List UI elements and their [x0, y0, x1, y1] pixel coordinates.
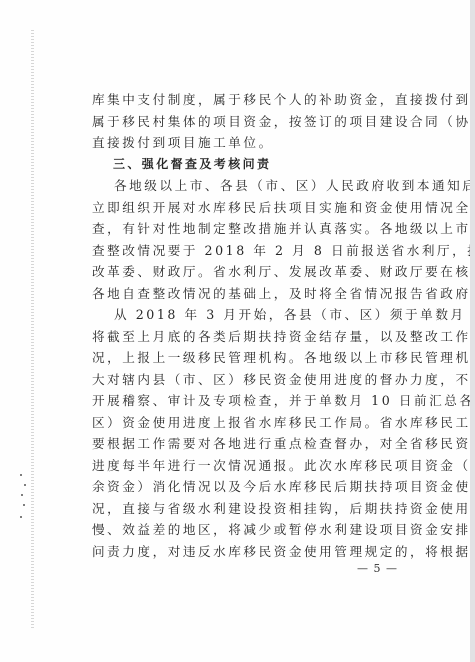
paragraph-first-line: 各地级以上市、各县（市、区）人民政府收到本通知后要	[92, 175, 398, 197]
document-body: 库集中支付制度，属于移民个人的补助资金，直接拨付到个人； 属于移民村集体的项目资…	[92, 89, 398, 562]
section-heading: 三、强化督查及考核问责	[92, 154, 398, 176]
body-line: 开展稽察、审计及专项检查，并于单数月 10 日前汇总各县（市、	[92, 390, 398, 412]
body-line: 余资金）消化情况以及今后水库移民后期扶持项目资金使用情	[92, 476, 398, 498]
body-line: 慢、效益差的地区，将减少或暂停水利建设项目资金安排。加大	[92, 519, 398, 541]
body-line: 改革委、财政厅。省水利厅、发展改革委、财政厅要在核实汇总	[92, 261, 398, 283]
body-line: 大对辖内县（市、区）移民资金使用进度的督办力度，不定期	[92, 369, 398, 391]
body-line: 查，有针对性地制定整改措施并认真落实。各地级以上市政府检	[92, 218, 398, 240]
page-number: — 5 —	[356, 562, 398, 575]
paragraph-first-line: 从 2018 年 3 月开始，各县（市、区）须于单数月 5 日前，	[92, 304, 398, 326]
body-line: 属于移民村集体的项目资金，按签订的项目建设合同（协议），	[92, 111, 398, 133]
scan-speckles	[14, 470, 26, 530]
body-line: 要根据工作需要对各地进行重点检查督办，对全省移民资金使用	[92, 433, 398, 455]
body-line: 进度每半年进行一次情况通报。此次水库移民项目资金（原结	[92, 455, 398, 477]
body-line: 况，直接与省级水利建设投资相挂钩，后期扶持资金使用进度	[92, 498, 398, 520]
body-line: 各地自查整改情况的基础上，及时将全省情况报告省政府。	[92, 283, 398, 305]
body-line: 将截至上月底的各类后期扶持资金结存量，以及整改工作开展情	[92, 326, 398, 348]
body-line: 况，上报上一级移民管理机构。各地级以上市移民管理机构要加	[92, 347, 398, 369]
body-line: 问责力度，对违反水库移民资金使用管理规定的，将根据《违	[92, 541, 398, 563]
scanned-page: 库集中支付制度，属于移民个人的补助资金，直接拨付到个人； 属于移民村集体的项目资…	[0, 0, 470, 662]
body-line: 查整改情况要于 2018 年 2 月 8 日前报送省水利厅，抄送省发展	[92, 240, 398, 262]
body-line: 区）资金使用进度上报省水库移民工作局。省水库移民工作局	[92, 412, 398, 434]
scrollbar-track[interactable]	[470, 0, 475, 662]
binding-edge-marks	[31, 30, 34, 630]
body-line: 直接拨付到项目施工单位。	[92, 132, 398, 154]
body-line: 立即组织开展对水库移民后扶项目实施和资金使用情况全面检	[92, 197, 398, 219]
body-line: 库集中支付制度，属于移民个人的补助资金，直接拨付到个人；	[92, 89, 398, 111]
